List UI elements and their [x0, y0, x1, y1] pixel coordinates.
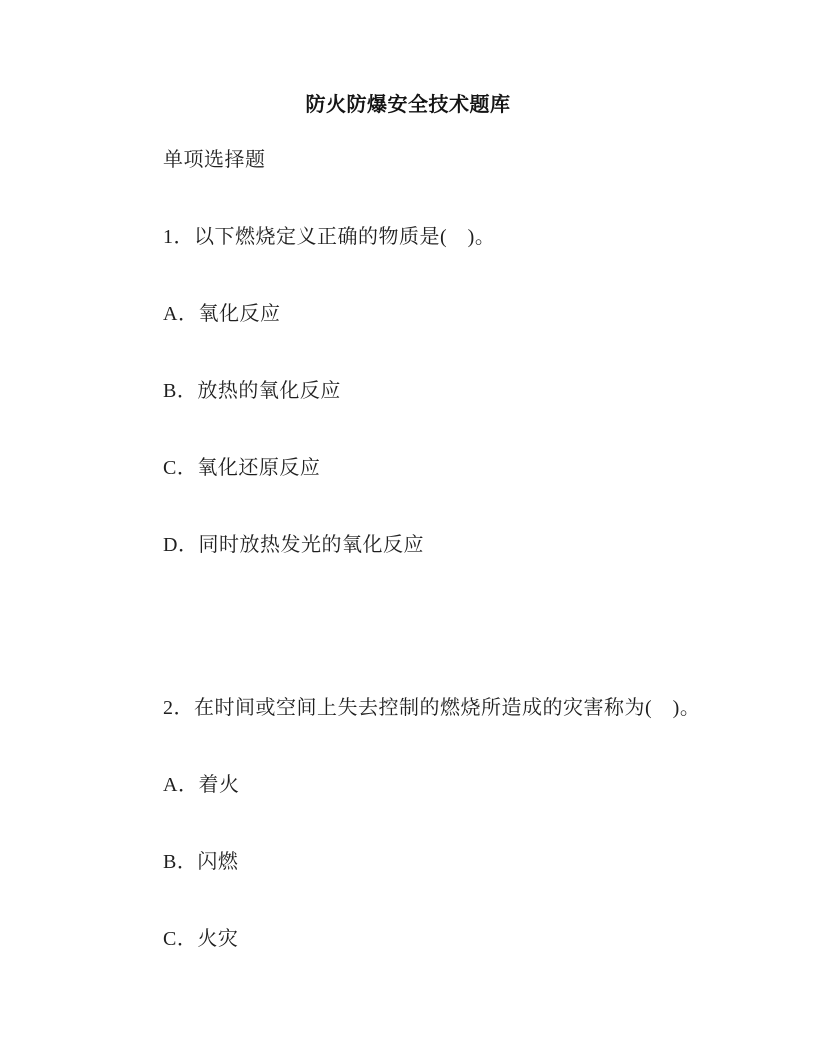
question-1-text: 1．以下燃烧定义正确的物质是( )。 [163, 225, 736, 250]
question-2-option-c: C．火灾 [163, 927, 736, 952]
question-block-1: 1．以下燃烧定义正确的物质是( )。 A．氧化反应 B．放热的氧化反应 C．氧化… [163, 225, 736, 558]
question-2-option-b: B．闪燃 [163, 850, 736, 875]
document-content: 单项选择题 1．以下燃烧定义正确的物质是( )。 A．氧化反应 B．放热的氧化反… [163, 148, 736, 952]
question-block-2: 2．在时间或空间上失去控制的燃烧所造成的灾害称为( )。 A．着火 B．闪燃 C… [163, 696, 736, 952]
question-2-option-a: A．着火 [163, 773, 736, 798]
question-1-option-c: C．氧化还原反应 [163, 456, 736, 481]
question-1-option-a: A．氧化反应 [163, 302, 736, 327]
question-1-option-b: B．放热的氧化反应 [163, 379, 736, 404]
question-1-option-d: D．同时放热发光的氧化反应 [163, 533, 736, 558]
page-title: 防火防爆安全技术题库 [0, 92, 816, 118]
document-page: 防火防爆安全技术题库 单项选择题 1．以下燃烧定义正确的物质是( )。 A．氧化… [0, 0, 816, 1056]
section-heading: 单项选择题 [163, 148, 736, 173]
question-2-text: 2．在时间或空间上失去控制的燃烧所造成的灾害称为( )。 [163, 696, 736, 721]
